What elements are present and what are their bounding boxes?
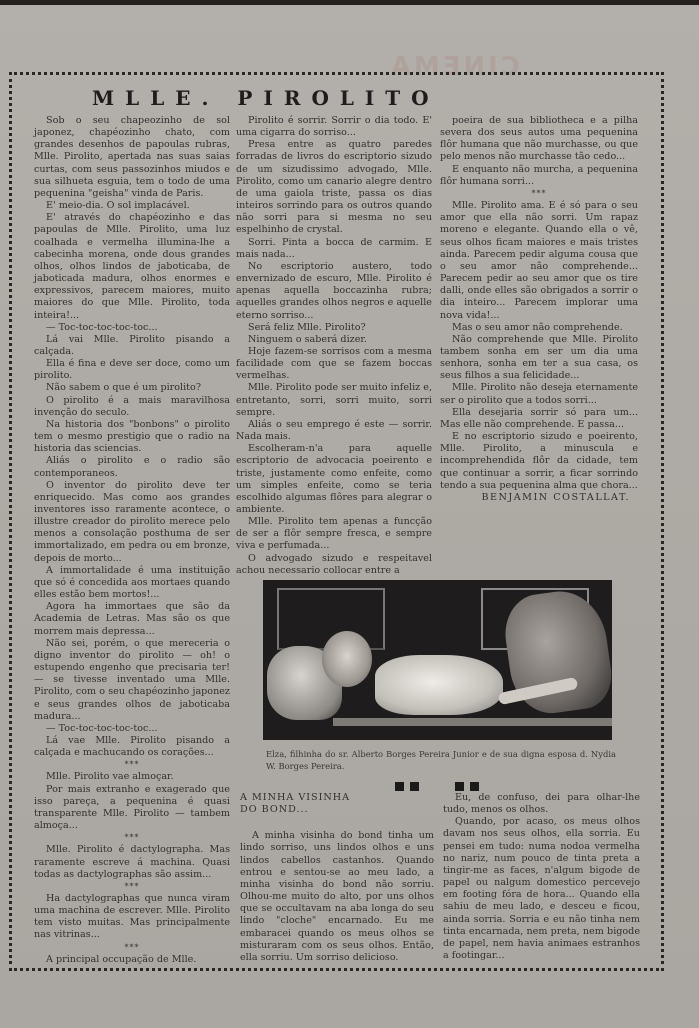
paragraph: — Toc-toc-toc-toc-toc... bbox=[34, 322, 230, 334]
paragraph: — Toc-toc-toc-toc-toc... bbox=[34, 723, 230, 735]
child-dress bbox=[375, 655, 503, 715]
second-article-column-a: A MINHA VISINHA DO BOND... A minha visin… bbox=[240, 792, 434, 964]
paragraph: Mas o seu amor não comprehende. bbox=[440, 322, 638, 334]
paragraph: Ella desejaria sorrir só para um... Mas … bbox=[440, 407, 638, 431]
paragraph: Por mais extranho e exagerado que isso p… bbox=[34, 784, 230, 833]
paragraph: Lá vae Mlle. Pirolito pisando a calçada … bbox=[34, 735, 230, 759]
paragraph: Ha dactylographas que nunca viram uma ma… bbox=[34, 893, 230, 942]
paragraph: Agora ha immortaes que são da Academia d… bbox=[34, 601, 230, 637]
paragraph: Será feliz Mlle. Pirolito? bbox=[236, 322, 432, 334]
column-2: Pirolito é sorrir. Sorrir o dia todo. E'… bbox=[236, 115, 432, 577]
author-signature: BENJAMIN COSTALLAT. bbox=[440, 492, 638, 504]
paragraph: E enquanto não murcha, a pequenina flôr … bbox=[440, 164, 638, 188]
paragraph: E' através do chapéozinho e das papoulas… bbox=[34, 212, 230, 321]
column-3: poeira de sua bibliotheca e a pilha seve… bbox=[440, 115, 638, 504]
paragraph: poeira de sua bibliotheca e a pilha seve… bbox=[440, 115, 638, 164]
title-line-1: A MINHA VISINHA bbox=[240, 792, 350, 803]
paragraph: O inventor do pirolito deve ter enriquec… bbox=[34, 480, 230, 565]
paragraph: A minha visinha do bond tinha um lindo s… bbox=[240, 830, 434, 964]
photo-caption: Elza, filhinha do sr. Alberto Borges Per… bbox=[266, 748, 616, 772]
paragraph: Sorri. Pinta a bocca de carmim. E mais n… bbox=[236, 237, 432, 261]
paragraph: Hoje fazem-se sorrisos com a mesma facil… bbox=[236, 346, 432, 382]
paragraph: Mlle. Pirolito tem apenas a funcção de s… bbox=[236, 516, 432, 552]
paragraph: Não comprehende que Mlle. Pirolito tambe… bbox=[440, 334, 638, 383]
paragraph: A immortalidade é uma instituição que só… bbox=[34, 565, 230, 601]
section-separator: *** bbox=[34, 881, 230, 893]
paragraph: Mlle. Pirolito é dactylographa. Mas rara… bbox=[34, 844, 230, 880]
paragraph: Não sei, porém, o que mereceria o digno … bbox=[34, 638, 230, 723]
child-head bbox=[322, 631, 372, 687]
column-1: Sob o seu chapeozinho de sol japonez, ch… bbox=[34, 115, 230, 966]
paragraph: Presa entre as quatro paredes forradas d… bbox=[236, 139, 432, 236]
section-separator: *** bbox=[34, 832, 230, 844]
paragraph: E' meio-dia. O sol implacável. bbox=[34, 200, 230, 212]
ornament-squares bbox=[455, 776, 485, 786]
paragraph: O advogado sizudo e respeitavel achou ne… bbox=[236, 553, 432, 577]
paragraph: Não sabem o que é um pirolito? bbox=[34, 382, 230, 394]
section-separator: *** bbox=[34, 759, 230, 771]
paragraph: Aliás o seu emprego é este — sorrir. Nad… bbox=[236, 419, 432, 443]
paragraph: Quando, por acaso, os meus olhos davam n… bbox=[443, 816, 640, 962]
paragraph: Lá vai Mlle. Pirolito pisando a calçada. bbox=[34, 334, 230, 358]
paragraph: O pirolito é a mais maravilhosa invenção… bbox=[34, 395, 230, 419]
sofa-edge bbox=[333, 718, 612, 726]
section-separator: *** bbox=[34, 942, 230, 954]
paragraph: Mlle. Pirolito não deseja eternamente se… bbox=[440, 382, 638, 406]
paragraph: E no escriptorio sizudo e poeirento, Mll… bbox=[440, 431, 638, 492]
paragraph: Escolheram-n'a para aquelle escriptorio … bbox=[236, 443, 432, 516]
paragraph: Pirolito é sorrir. Sorrir o dia todo. E'… bbox=[236, 115, 432, 139]
ornament-squares bbox=[395, 776, 425, 786]
paragraph: No escriptorio austero, todo envernizado… bbox=[236, 261, 432, 322]
paragraph: Mlle. Pirolito pode ser muito infeliz e,… bbox=[236, 382, 432, 418]
paragraph: A principal occupação de Mlle. bbox=[34, 954, 230, 966]
paragraph: Eu, de confuso, dei para olhar-lhe tudo,… bbox=[443, 792, 640, 816]
second-article-column-b: Eu, de confuso, dei para olhar-lhe tudo,… bbox=[443, 792, 640, 962]
paragraph: Mlle. Pirolito ama. E é só para o seu am… bbox=[440, 200, 638, 322]
article-title: MLLE. PIROLITO bbox=[92, 86, 592, 110]
paragraph: Ella é fina e deve ser doce, como um pir… bbox=[34, 358, 230, 382]
paragraph: Aliás o pirolito e o radio são contempor… bbox=[34, 455, 230, 479]
paragraph: Ninguem o saberá dizer. bbox=[236, 334, 432, 346]
section-separator: *** bbox=[440, 188, 638, 200]
title-line-2: DO BOND... bbox=[240, 804, 309, 815]
photo-child-on-sofa bbox=[263, 580, 612, 740]
paragraph: Mlle. Pirolito vae almoçar. bbox=[34, 771, 230, 783]
paragraph: Na historia dos "bonbons" o pirolito tem… bbox=[34, 419, 230, 455]
paragraph: Sob o seu chapeozinho de sol japonez, ch… bbox=[34, 115, 230, 200]
second-article-title: A MINHA VISINHA DO BOND... bbox=[240, 792, 434, 816]
